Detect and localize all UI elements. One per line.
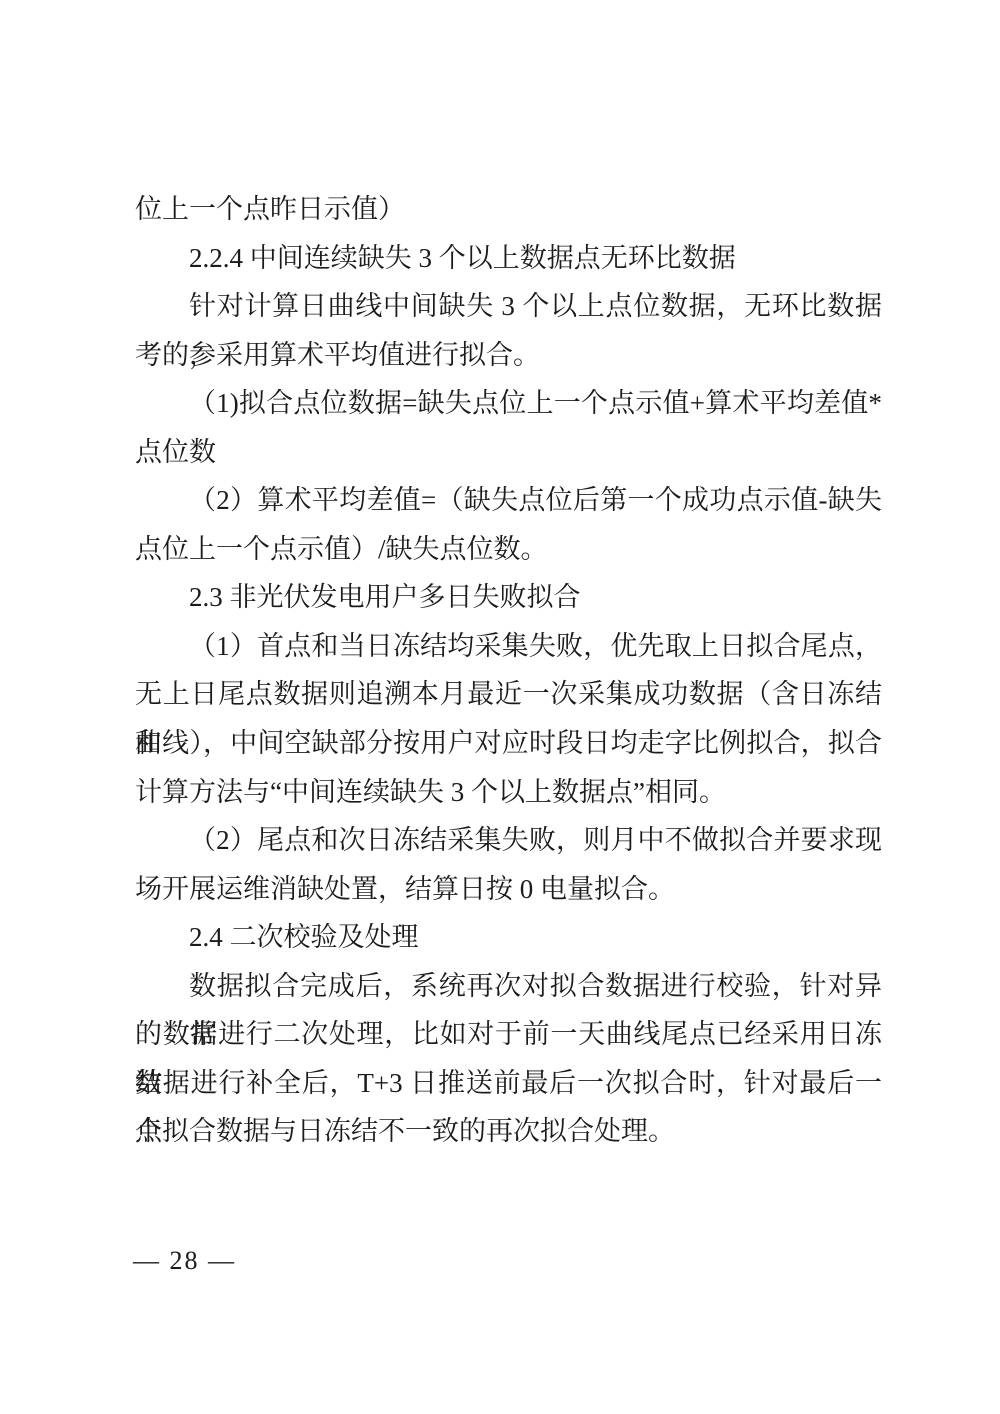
text-line: 数据进行补全后，T+3 日推送前最后一次拟合时，针对最后一个 [135,1059,882,1108]
text-line: 位上一个点昨日示值） [135,185,882,234]
text-line: 点拟合数据与日冻结不一致的再次拟合处理。 [135,1107,882,1156]
text-line: 2.2.4 中间连续缺失 3 个以上数据点无环比数据 [135,234,882,283]
text-line: （2）尾点和次日冻结采集失败，则月中不做拟合并要求现 [135,816,882,865]
text-line: 针对计算日曲线中间缺失 3 个以上点位数据，无环比数据参 [135,282,882,331]
document-page: 位上一个点昨日示值）2.2.4 中间连续缺失 3 个以上数据点无环比数据针对计算… [0,0,1000,1414]
text-line: 数据拟合完成后，系统再次对拟合数据进行校验，针对异常 [135,962,882,1011]
text-line: 点位数 [135,428,882,477]
text-line: 考的，采用算术平均值进行拟合。 [135,331,882,380]
text-line: （1)拟合点位数据=缺失点位上一个点示值+算术平均差值* [135,379,882,428]
text-line: 的数据进行二次处理，比如对于前一天曲线尾点已经采用日冻结 [135,1010,882,1059]
text-line: 场开展运维消缺处置，结算日按 0 电量拟合。 [135,865,882,914]
text-line: 2.3 非光伏发电用户多日失败拟合 [135,573,882,622]
document-body: 位上一个点昨日示值）2.2.4 中间连续缺失 3 个以上数据点无环比数据针对计算… [135,185,882,1156]
page-number: — 28 — [133,1246,236,1276]
text-line: 无上日尾点数据则追溯本月最近一次采集成功数据（含日冻结和 [135,670,882,719]
text-line: （2）算术平均差值=（缺失点位后第一个成功点示值-缺失 [135,476,882,525]
text-line: 计算方法与“中间连续缺失 3 个以上数据点”相同。 [135,768,882,817]
text-line: 点位上一个点示值）/缺失点位数。 [135,525,882,574]
text-line: 曲线），中间空缺部分按用户对应时段日均走字比例拟合，拟合 [135,719,882,768]
text-line: 2.4 二次校验及处理 [135,913,882,962]
text-line: （1）首点和当日冻结均采集失败，优先取上日拟合尾点， [135,622,882,671]
